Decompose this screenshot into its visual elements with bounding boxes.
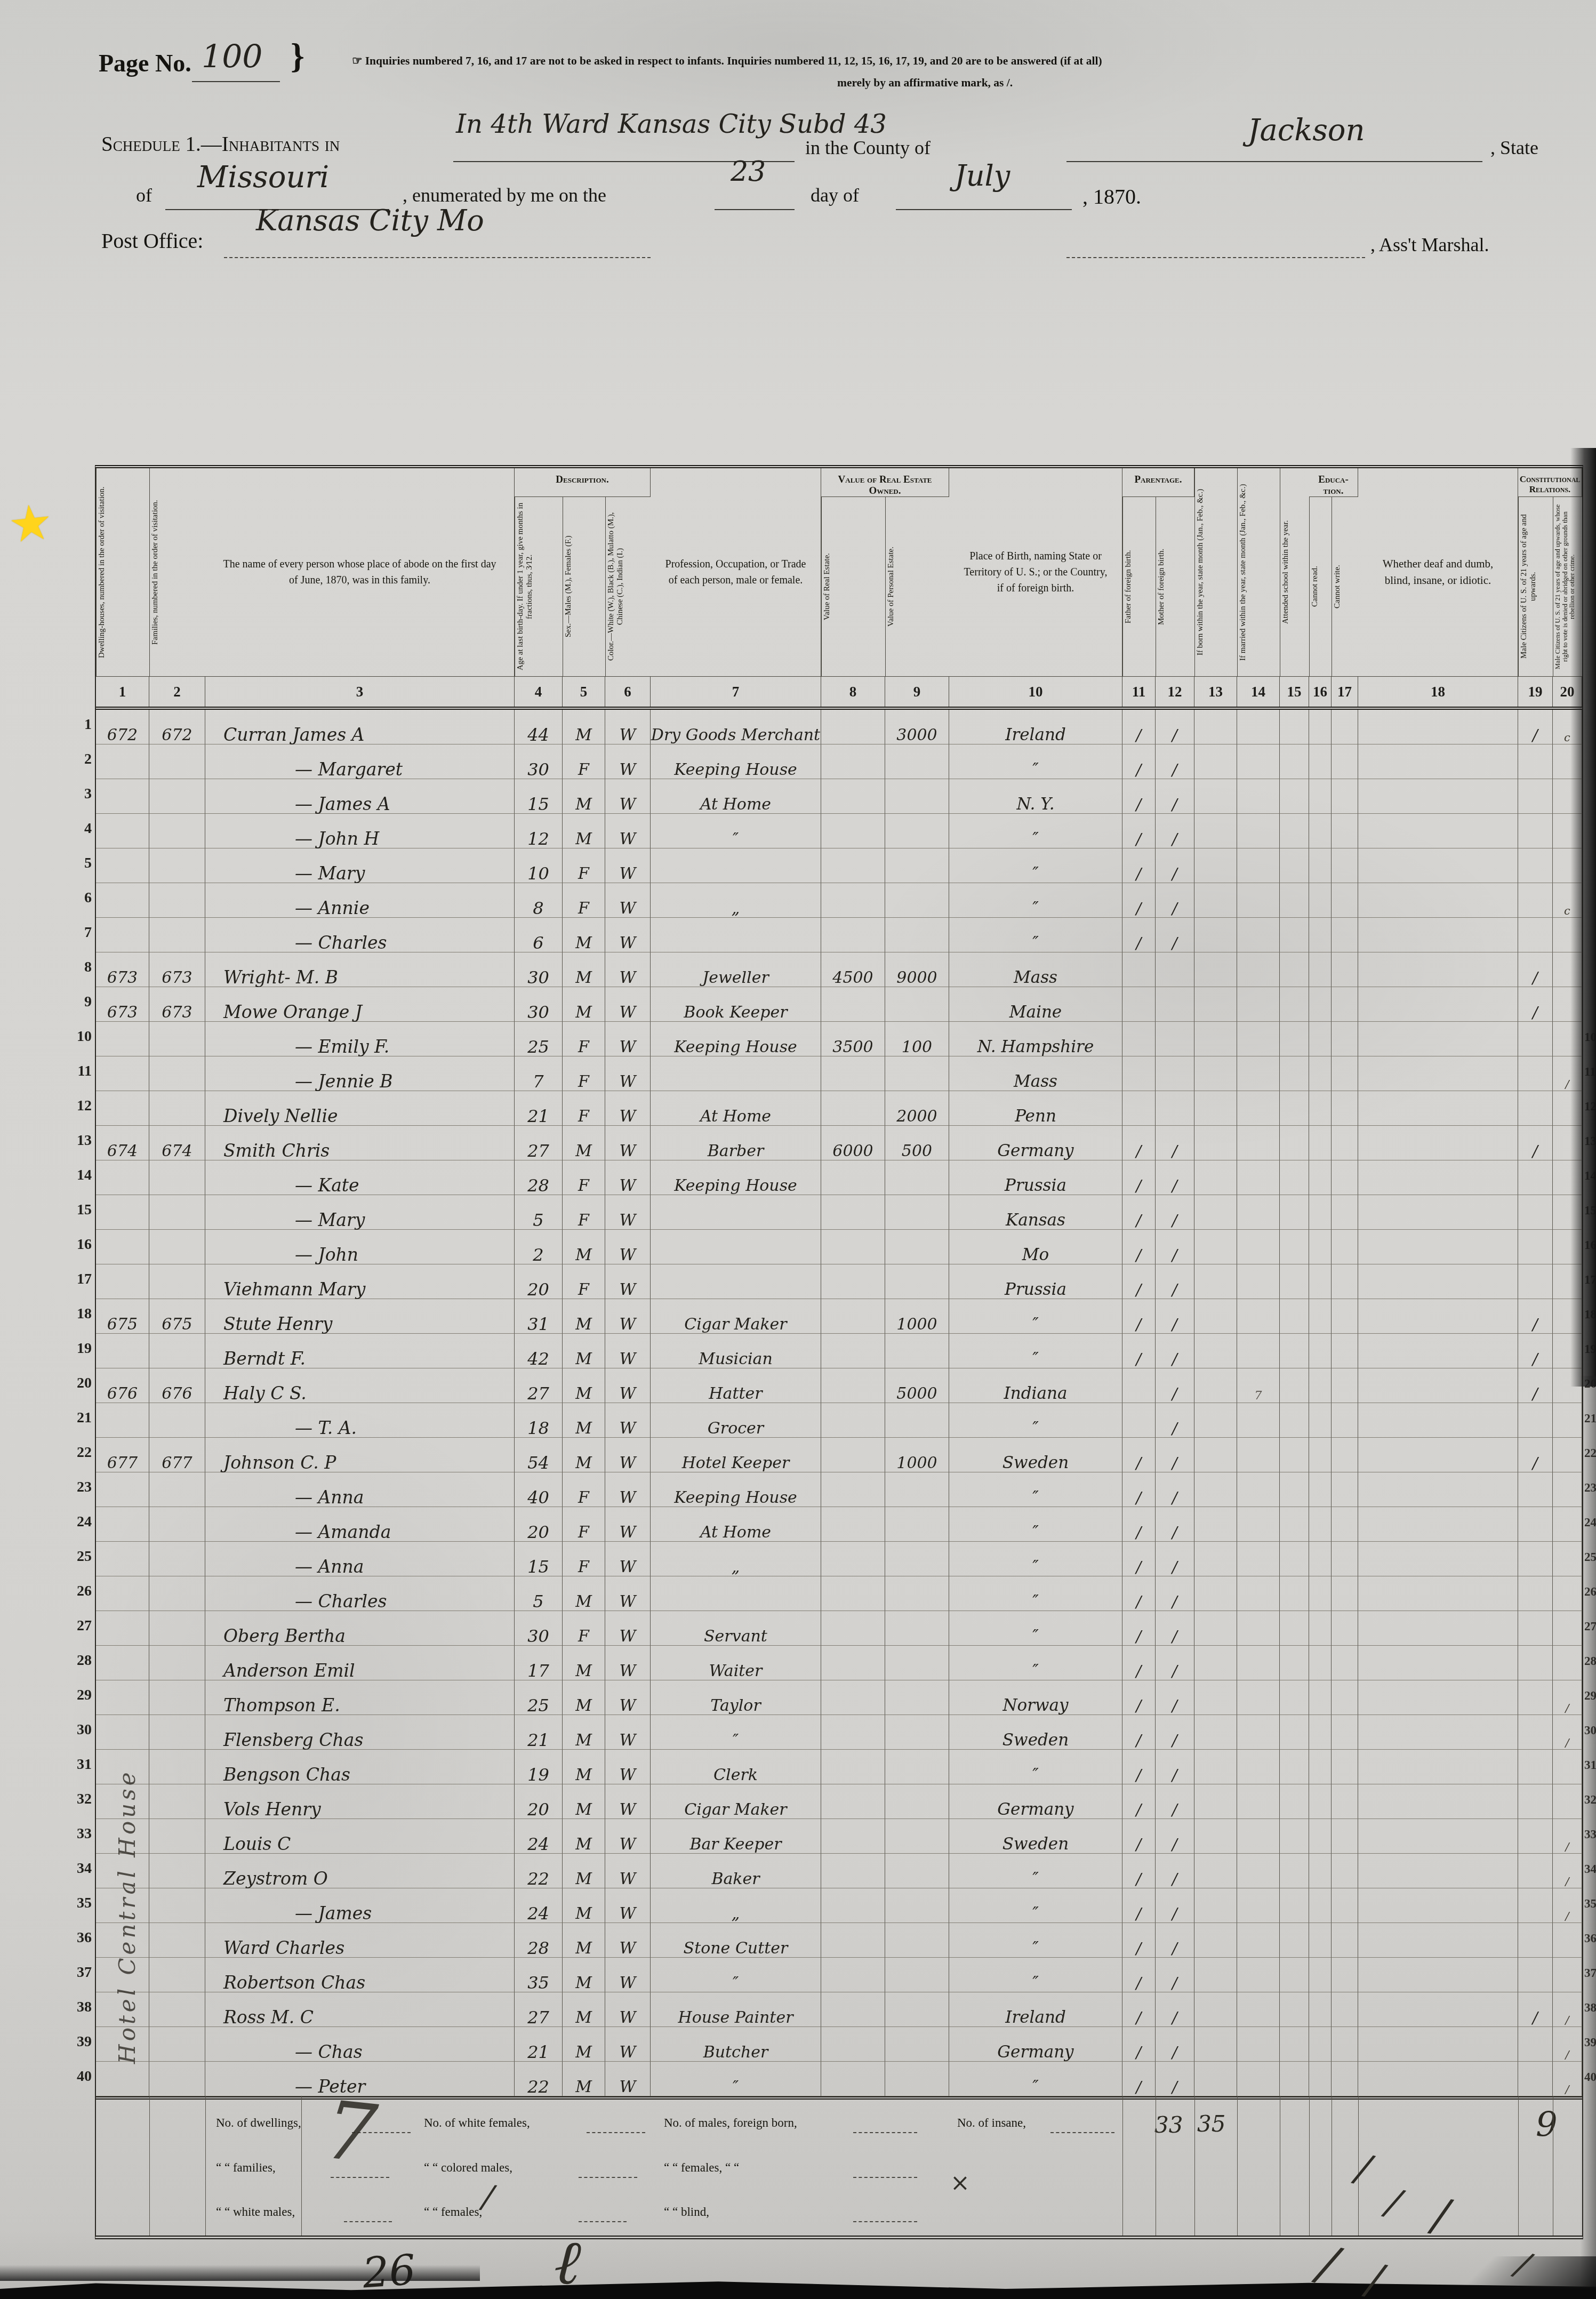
table-cell: 10 (515, 848, 563, 883)
column-number: 16 (1309, 677, 1332, 707)
table-cell (885, 1819, 949, 1854)
table-cell (1237, 1715, 1280, 1750)
table-cell: ″ (949, 1576, 1122, 1611)
table-cell: 20 (515, 1784, 563, 1819)
table-cell (149, 1403, 205, 1438)
table-cell: / (1122, 1334, 1156, 1368)
table-cell: / (1156, 814, 1194, 848)
table-cell (885, 1576, 949, 1611)
table-cell (1358, 952, 1518, 987)
table-cell (821, 1195, 885, 1230)
state-suffix: , State (1490, 137, 1538, 159)
table-cell (651, 1230, 821, 1264)
table-cell (1122, 987, 1156, 1022)
table-cell: F (563, 1507, 605, 1542)
table-cell (1358, 1230, 1518, 1264)
table-cell (1332, 1126, 1358, 1160)
table-cell: 20 (515, 1507, 563, 1542)
table-cell (1237, 1784, 1280, 1819)
table-cell (821, 1715, 885, 1750)
table-cell (885, 1646, 949, 1680)
table-cell: / (1156, 1819, 1194, 1854)
row-number-left: 37 (68, 1964, 92, 1981)
row-number-left: 7 (68, 924, 92, 941)
table-cell (821, 1160, 885, 1195)
table-cell: W (605, 1299, 651, 1334)
table-cell (821, 1854, 885, 1888)
table-cell: / (1156, 1334, 1194, 1368)
table-cell: W (605, 2027, 651, 2062)
table-cell: / (1122, 1230, 1156, 1264)
row-number-left: 39 (68, 2033, 92, 2050)
table-cell (1358, 848, 1518, 883)
table-cell: 673 (96, 952, 149, 987)
table-cell (1309, 987, 1332, 1022)
table-cell (1280, 952, 1309, 987)
table-cell (1518, 883, 1553, 918)
table-cell: 5000 (885, 1368, 949, 1403)
table-cell: 676 (96, 1368, 149, 1403)
table-cell: 27 (515, 1992, 563, 2027)
table-cell: ″ (949, 1472, 1122, 1507)
table-cell: / (1156, 1888, 1194, 1923)
table-cell (1309, 1888, 1332, 1923)
table-cell: / (1122, 1264, 1156, 1299)
table-cell (1358, 918, 1518, 952)
table-cell (1194, 1022, 1237, 1056)
table-cell (1280, 1923, 1309, 1958)
table-cell (1358, 1438, 1518, 1472)
table-cell (1358, 1403, 1518, 1438)
table-cell (1309, 1750, 1332, 1784)
column-number: 1 (96, 677, 149, 707)
table-cell: Ireland (949, 1992, 1122, 2027)
table-cell (1332, 1611, 1358, 1646)
table-cell (1237, 1923, 1280, 1958)
table-cell (1122, 1368, 1156, 1403)
table-cell (1237, 883, 1280, 918)
table-row: 10— Emily F.25FWKeeping House3500100N. H… (96, 1022, 1582, 1056)
table-cell: M (563, 1680, 605, 1715)
table-cell (1518, 1507, 1553, 1542)
table-cell (149, 814, 205, 848)
table-cell: — Mary (205, 1195, 515, 1230)
table-cell (1309, 918, 1332, 952)
table-cell (821, 987, 885, 1022)
table-cell: / (1122, 883, 1156, 918)
footer-column-rule (1280, 2096, 1280, 2236)
table-cell: F (563, 883, 605, 918)
table-cell (885, 918, 949, 952)
table-cell (1332, 1958, 1358, 1992)
table-cell (821, 1403, 885, 1438)
table-cell (1358, 1299, 1518, 1334)
table-cell (1332, 744, 1358, 779)
table-cell: Mowe Orange J (205, 987, 515, 1022)
table-cell (1309, 1022, 1332, 1056)
table-cell: F (563, 1472, 605, 1507)
table-cell: / (1156, 1576, 1194, 1611)
table-cell (1332, 1230, 1358, 1264)
table-cell (821, 779, 885, 814)
table-cell: M (563, 1923, 605, 1958)
col-head-19: Male Citizens of U. S. of 21 years of ag… (1518, 497, 1553, 676)
table-cell: W (605, 1784, 651, 1819)
table-cell (96, 883, 149, 918)
row-number-left: 26 (68, 1583, 92, 1600)
table-row: 19Berndt F.42MWMusician″///19 (96, 1334, 1582, 1368)
table-cell (1309, 952, 1332, 987)
table-cell (149, 1230, 205, 1264)
table-cell (1553, 1438, 1582, 1472)
table-cell (1280, 1611, 1309, 1646)
table-cell: / (1122, 1507, 1156, 1542)
table-row: 24— Amanda20FWAt Home″//24 (96, 1507, 1582, 1542)
table-cell: 8 (515, 883, 563, 918)
row-number-left: 11 (68, 1063, 92, 1080)
table-cell (96, 1022, 149, 1056)
table-cell (1194, 1230, 1237, 1264)
table-cell: Mo (949, 1230, 1122, 1264)
table-cell (651, 848, 821, 883)
table-cell: ″ (949, 1750, 1122, 1784)
table-cell: / (1122, 814, 1156, 848)
table-row: 15— Mary5FWKansas//15 (96, 1195, 1582, 1230)
table-cell: 7 (515, 1056, 563, 1091)
table-cell: / (1122, 1784, 1156, 1819)
table-cell (885, 1784, 949, 1819)
table-cell (1237, 848, 1280, 883)
table-cell (1358, 1091, 1518, 1126)
table-cell (1518, 918, 1553, 952)
table-row: 35— James24MW„″///35 (96, 1888, 1582, 1923)
footer-white-males-label: “ “ white males, (216, 2205, 295, 2219)
table-cell (1518, 1958, 1553, 1992)
table-cell (1332, 1576, 1358, 1611)
scan-right-edge-shadow-lower (1580, 1376, 1596, 2299)
table-cell: Sweden (949, 1715, 1122, 1750)
table-cell: 5 (515, 1195, 563, 1230)
day-underline (715, 209, 795, 210)
row-number-left: 5 (68, 855, 92, 872)
table-cell (821, 1680, 885, 1715)
table-cell (821, 1611, 885, 1646)
table-cell (1518, 1854, 1553, 1888)
table-cell: Hotel Keeper (651, 1438, 821, 1472)
page-no-value: 100 (202, 38, 263, 76)
col-head-12: Mother of foreign birth. (1156, 497, 1194, 676)
table-cell: 27 (515, 1368, 563, 1403)
table-cell (885, 1611, 949, 1646)
table-cell: Louis C (205, 1819, 515, 1854)
table-cell (1309, 1611, 1332, 1646)
table-cell (1518, 744, 1553, 779)
table-cell (1518, 1022, 1553, 1056)
table-cell (1237, 1958, 1280, 1992)
table-cell: / (1122, 1195, 1156, 1230)
table-cell (1194, 1888, 1237, 1923)
table-cell: Curran James A (205, 710, 515, 744)
table-cell (1332, 1160, 1358, 1195)
table-cell (1553, 1472, 1582, 1507)
table-cell: W (605, 1403, 651, 1438)
table-cell (885, 1888, 949, 1923)
table-cell: „ (651, 1888, 821, 1923)
table-cell (1280, 1507, 1309, 1542)
col-head-4: Age at last birth-day. If under 1 year, … (515, 497, 563, 676)
table-cell (1194, 744, 1237, 779)
table-cell: 677 (96, 1438, 149, 1472)
table-cell: M (563, 1750, 605, 1784)
table-cell: 22 (515, 2062, 563, 2096)
table-cell (1332, 1438, 1358, 1472)
table-cell (885, 1507, 949, 1542)
table-cell: / (1518, 987, 1553, 1022)
table-cell (1237, 1819, 1280, 1854)
table-cell: 30 (515, 952, 563, 987)
table-cell: / (1156, 1299, 1194, 1334)
table-cell (1237, 1680, 1280, 1715)
table-cell: Penn (949, 1091, 1122, 1126)
table-cell (149, 1091, 205, 1126)
table-cell: M (563, 710, 605, 744)
table-cell (1194, 1576, 1237, 1611)
marshal-blank-underline (1066, 257, 1365, 258)
table-row: 40— Peter22MW″″///40 (96, 2062, 1582, 2096)
table-cell: Ireland (949, 710, 1122, 744)
table-cell: W (605, 952, 651, 987)
table-cell (1194, 814, 1237, 848)
table-cell: — James (205, 1888, 515, 1923)
table-cell (1553, 1958, 1582, 1992)
month-value: July (955, 159, 1010, 193)
table-cell (885, 779, 949, 814)
row-number-left: 32 (68, 1791, 92, 1808)
table-cell: M (563, 814, 605, 848)
table-cell (1358, 1542, 1518, 1576)
table-cell: 675 (96, 1299, 149, 1334)
table-cell (821, 2062, 885, 2096)
table-cell: ″ (949, 1923, 1122, 1958)
table-cell (1309, 779, 1332, 814)
table-cell (1332, 710, 1358, 744)
table-cell: / (1122, 1160, 1156, 1195)
table-cell (821, 1819, 885, 1854)
table-cell (149, 1542, 205, 1576)
table-cell (1358, 987, 1518, 1022)
table-row: 37Robertson Chas35MW″″//37 (96, 1958, 1582, 1992)
table-cell: / (1122, 1576, 1156, 1611)
table-cell (1237, 1126, 1280, 1160)
table-cell: / (1122, 1646, 1156, 1680)
table-cell (149, 1334, 205, 1368)
table-cell (1358, 1923, 1518, 1958)
table-cell (1518, 1542, 1553, 1576)
table-cell (885, 1750, 949, 1784)
table-cell (821, 1888, 885, 1923)
table-cell: / (1122, 1715, 1156, 1750)
table-row: 32Vols Henry20MWCigar MakerGermany//32 (96, 1784, 1582, 1819)
footer-column-rule (1309, 2096, 1310, 2236)
footer-males-foreign-label: No. of males, foreign born, (664, 2116, 797, 2130)
table-cell: 25 (515, 1022, 563, 1056)
table-cell (821, 1750, 885, 1784)
table-cell (1309, 1264, 1332, 1299)
footer-column-rule (1122, 2096, 1123, 2236)
table-cell (1332, 1923, 1358, 1958)
table-cell (149, 1195, 205, 1230)
day-of-label: day of (811, 184, 859, 206)
table-cell: / (1122, 1299, 1156, 1334)
table-cell: / (1122, 2062, 1156, 2096)
table-cell: 31 (515, 1299, 563, 1334)
row-number-left: 22 (68, 1444, 92, 1461)
table-cell: M (563, 1992, 605, 2027)
table-cell (1280, 1299, 1309, 1334)
column-number: 11 (1122, 677, 1156, 707)
table-row: 38Ross M. C27MWHouse PainterIreland////3… (96, 1992, 1582, 2027)
table-cell (149, 1888, 205, 1923)
row-number-left: 29 (68, 1687, 92, 1704)
table-cell (1237, 1542, 1280, 1576)
table-cell (1194, 1611, 1237, 1646)
col-head-8: Value of Real Estate. (821, 497, 885, 676)
table-cell (1194, 710, 1237, 744)
table-cell: 25 (515, 1680, 563, 1715)
table-cell (1280, 1958, 1309, 1992)
table-cell (1332, 2027, 1358, 2062)
table-cell: F (563, 744, 605, 779)
table-cell (1280, 1126, 1309, 1160)
group-head-value-owned: Value of Real Estate Owned. (821, 468, 949, 497)
table-cell (1332, 1784, 1358, 1819)
table-cell: M (563, 1819, 605, 1854)
table-cell (885, 2027, 949, 2062)
table-cell: 24 (515, 1819, 563, 1854)
table-cell: W (605, 1888, 651, 1923)
table-cell (821, 814, 885, 848)
row-number-left: 40 (68, 2068, 92, 2085)
table-cell: W (605, 1646, 651, 1680)
table-cell (1309, 2062, 1332, 2096)
table-cell: / (1156, 848, 1194, 883)
table-cell (1358, 1126, 1518, 1160)
table-cell (1194, 1091, 1237, 1126)
table-cell (821, 918, 885, 952)
table-cell (1194, 987, 1237, 1022)
table-cell (1194, 1403, 1237, 1438)
table-cell: / (1518, 1368, 1553, 1403)
table-cell (1122, 1022, 1156, 1056)
scan-right-edge-shadow (1570, 448, 1596, 1387)
column-number: 12 (1156, 677, 1194, 707)
post-office-underline (224, 257, 651, 258)
table-cell (1358, 1576, 1518, 1611)
footer-column-rule (205, 2096, 206, 2236)
footer-male-citizens-total: 9 (1536, 2105, 1558, 2145)
table-cell (1194, 1715, 1237, 1750)
table-cell: / (1156, 779, 1194, 814)
table-cell (1237, 744, 1280, 779)
table-cell: 6000 (821, 1126, 885, 1160)
table-cell (1309, 1923, 1332, 1958)
table-header: Dwelling-houses, numbered in the order o… (96, 468, 1582, 677)
table-cell: M (563, 1126, 605, 1160)
table-cell: / (1156, 1923, 1194, 1958)
table-row: 30Flensberg Chas21MW″Sweden///30 (96, 1715, 1582, 1750)
table-cell: Keeping House (651, 1472, 821, 1507)
table-cell: 3500 (821, 1022, 885, 1056)
table-cell: 673 (96, 987, 149, 1022)
table-cell (1518, 1750, 1553, 1784)
footer-females-foreign-label: “ “ females, “ “ (664, 2161, 739, 2175)
table-cell: „ (651, 883, 821, 918)
table-cell (1518, 1576, 1553, 1611)
table-cell: M (563, 1784, 605, 1819)
table-cell: W (605, 1750, 651, 1784)
table-cell (1358, 1611, 1518, 1646)
table-cell (821, 1334, 885, 1368)
table-cell (1309, 1854, 1332, 1888)
table-cell: / (1156, 1958, 1194, 1992)
table-row: 20676676Haly C S.27MWHatter5000Indiana/7… (96, 1368, 1582, 1403)
table-row: 14— Kate28FWKeeping HousePrussia//14 (96, 1160, 1582, 1195)
table-cell: / (1553, 1680, 1582, 1715)
table-cell (1194, 1819, 1237, 1854)
table-cell: / (1122, 744, 1156, 779)
col-head-9: Value of Personal Estate. (885, 497, 949, 676)
table-cell (1309, 883, 1332, 918)
table-cell (149, 1715, 205, 1750)
table-cell (1358, 1022, 1518, 1056)
table-cell: ″ (949, 1299, 1122, 1334)
table-cell (1280, 1750, 1309, 1784)
table-row: 18675675Stute Henry31MWCigar Maker1000″/… (96, 1299, 1582, 1334)
table-cell: Oberg Bertha (205, 1611, 515, 1646)
table-cell: Keeping House (651, 1022, 821, 1056)
table-cell: / (1156, 1992, 1194, 2027)
table-row: 12Dively Nellie21FWAt Home2000Penn12 (96, 1091, 1582, 1126)
table-cell (1280, 848, 1309, 883)
table-cell: W (605, 1472, 651, 1507)
state-value: Missouri (197, 160, 329, 195)
enumerated-label: , enumerated by me on the (403, 184, 606, 206)
col-head-1: Dwelling-houses, numbered in the order o… (96, 468, 149, 676)
table-cell (1280, 814, 1309, 848)
table-cell: Prussia (949, 1160, 1122, 1195)
table-row: 4— John H12MW″″// (96, 814, 1582, 848)
table-cell (149, 1992, 205, 2027)
table-cell: W (605, 1195, 651, 1230)
table-cell: 28 (515, 1923, 563, 1958)
stray-ink-mark: / (1314, 2239, 1342, 2290)
table-cell (96, 1056, 149, 1091)
table-cell (885, 848, 949, 883)
table-cell: / (1156, 1507, 1194, 1542)
table-cell: ″ (949, 1958, 1122, 1992)
table-cell (1194, 1368, 1237, 1403)
table-cell: N. Y. (949, 779, 1122, 814)
row-number-left: 12 (68, 1098, 92, 1115)
table-cell (1358, 710, 1518, 744)
table-cell: ″ (949, 1542, 1122, 1576)
row-number-left: 16 (68, 1236, 92, 1253)
table-cell: / (1122, 1923, 1156, 1958)
table-cell (1358, 2027, 1518, 2062)
table-cell: 9000 (885, 952, 949, 987)
table-cell: / (1122, 1992, 1156, 2027)
table-cell (149, 1784, 205, 1819)
